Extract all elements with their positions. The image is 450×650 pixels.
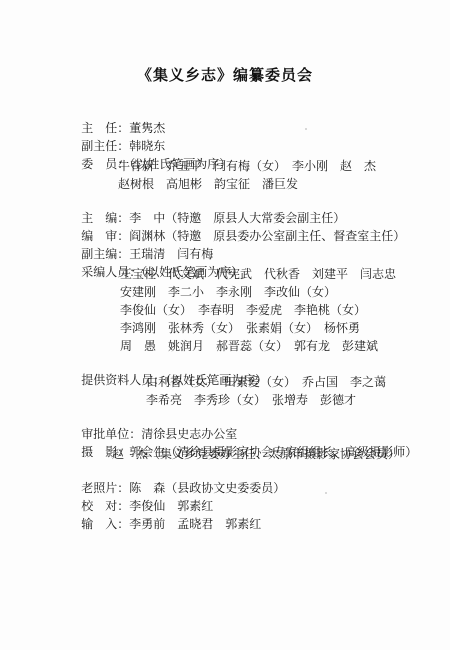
compilers-names-row-5: 周 愚 姚润月 郝晋蕊（女） 郭有龙 彭建斌 [120,338,378,354]
members-names-row-2: 赵树根 高旭彬 韵宝征 潘巨发 [118,176,298,192]
compilers-names-row-1: 王宝柱 代文斌 代宪武 代秋香 刘建平 闫志忠 [120,266,396,282]
compilers-names-row-4: 李鸿刚 张林秀（女） 张素娟（女） 杨怀勇 [120,320,360,336]
compilers-names-row-3: 李俊仙（女） 李春明 李爱虎 李艳桃（女） [120,302,366,318]
input-label: 输 入： [81,517,129,531]
providers-names-row-2: 李希亮 李秀珍（女） 张增寿 彭德才 [146,392,356,408]
providers-names-row-1: 白利香（女） 田素爱（女） 乔占国 李之蔼 [146,374,386,390]
scan-speck [305,128,307,130]
document-page: 《集义乡志》编纂委员会 主 任：董隽杰 副主任：韩晓东 委 员：（以姓氏笔画为序… [0,0,450,650]
input-row: 输 入：李勇前 孟晓君 郭素红 [66,500,261,548]
compilers-names-row-2: 安建刚 李二小 李永刚 李改仙（女） [120,284,336,300]
scan-speck [325,492,327,494]
page-title: 《集义乡志》编纂委员会 [0,64,450,85]
members-names-row-1: 牛育新 乔丑平 闫有梅（女） 李小刚 赵 杰 [118,158,376,174]
input-value: 李勇前 孟晓君 郭素红 [129,517,261,531]
photography-value-2: 赵 杰（集义乡党委办主任、太原市摄影家协会会员） [112,446,400,462]
